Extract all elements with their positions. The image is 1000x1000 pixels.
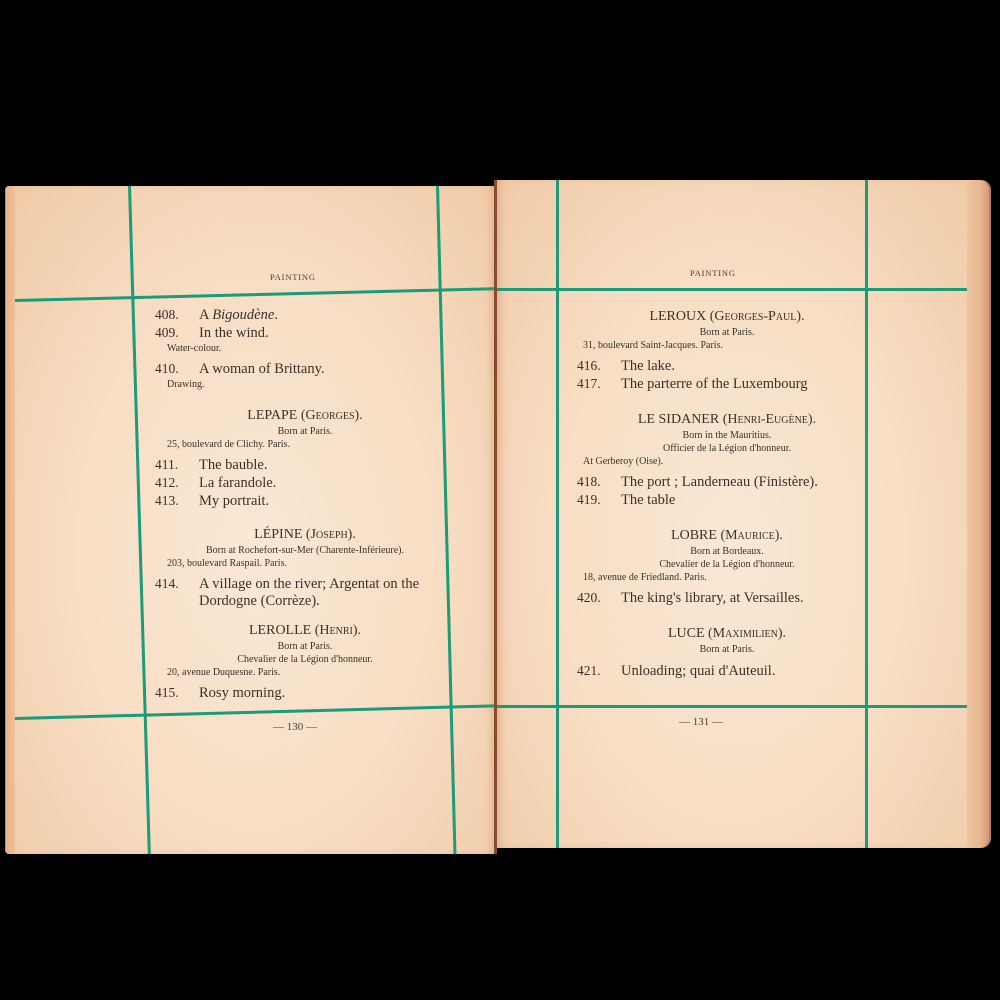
entry-title: Unloading; quai d'Auteuil.	[621, 663, 775, 680]
artist-birthplace: Born at Paris.	[155, 640, 455, 653]
entry-title: My portrait.	[199, 493, 269, 510]
catalogue-entry: 415. Rosy morning.	[155, 684, 455, 702]
entry-title: The table	[621, 492, 675, 509]
artist-address: At Gerberoy (Oise).	[583, 455, 877, 469]
catalogue-entry: 417. The parterre of the Luxembourg	[577, 375, 877, 393]
artist-heading: LUCE (Maximilien).	[577, 625, 877, 643]
artist-address: 25, boulevard de Clichy. Paris.	[167, 438, 455, 452]
artist-honour: Chevalier de la Légion d'honneur.	[577, 558, 877, 571]
entry-title: La farandole.	[199, 475, 276, 492]
artist-birthplace: Born in the Mauritius.	[577, 429, 877, 442]
page-number: — 130 —	[273, 721, 317, 733]
artist-birthplace: Born at Paris.	[155, 425, 455, 438]
catalogue-entry: 413. My portrait.	[155, 492, 455, 510]
entry-title: The port ; Landerneau (Finistère).	[621, 474, 818, 491]
artist-address: 20, avenue Duquesne. Paris.	[167, 666, 455, 680]
artist-heading: LÉPINE (Joseph).	[155, 526, 455, 544]
entry-number: 409.	[155, 324, 199, 341]
artist-honour: Officier de la Légion d'honneur.	[577, 442, 877, 455]
entry-title: A Bigoudène.	[199, 307, 278, 324]
page-131: PAINTING LEROUX (Georges-Paul). Born at …	[497, 180, 967, 848]
entry-number: 411.	[155, 456, 199, 473]
running-head: PAINTING	[690, 268, 736, 278]
entry-title: A woman of Brittany.	[199, 361, 325, 378]
entry-number: 410.	[155, 360, 199, 377]
artist-heading: LE SIDANER (Henri-Eugène).	[577, 411, 877, 429]
entry-title: A village on the river; Argentat on the …	[199, 576, 455, 610]
entry-number: 420.	[577, 589, 621, 606]
entry-title: In the wind.	[199, 325, 269, 342]
entry-number: 414.	[155, 575, 199, 592]
catalogue-entry: 418. The port ; Landerneau (Finistère).	[577, 473, 877, 491]
artist-birthplace: Born at Rochefort-sur-Mer (Charente-Infé…	[155, 544, 455, 557]
artist-birthplace: Born at Paris.	[577, 326, 877, 339]
page-130: PAINTING 408. A Bigoudène. 409. In the w…	[15, 186, 495, 854]
entry-title: The bauble.	[199, 457, 267, 474]
entry-number: 408.	[155, 306, 199, 323]
artist-heading: LEPAPE (Georges).	[155, 407, 455, 425]
entry-number: 415.	[155, 684, 199, 701]
grid-line-horizontal	[497, 288, 967, 291]
catalogue-entry: 408. A Bigoudène.	[155, 306, 455, 324]
entry-number: 412.	[155, 474, 199, 491]
grid-line-horizontal	[497, 705, 967, 708]
page-number: — 131 —	[679, 716, 723, 728]
page-content: LEROUX (Georges-Paul). Born at Paris. 31…	[577, 298, 877, 680]
artist-honour: Chevalier de la Légion d'honneur.	[155, 653, 455, 666]
entry-note: Water-colour.	[167, 342, 455, 355]
artist-address: 31, boulevard Saint-Jacques. Paris.	[583, 339, 877, 353]
grid-line-vertical	[556, 180, 559, 848]
catalogue-entry: 411. The bauble.	[155, 456, 455, 474]
catalogue-entry: 416. The lake.	[577, 357, 877, 375]
artist-address: 18, avenue de Friedland. Paris.	[583, 571, 877, 585]
catalogue-entry: 421. Unloading; quai d'Auteuil.	[577, 662, 877, 680]
entry-title: Rosy morning.	[199, 685, 285, 702]
catalogue-entry: 419. The table	[577, 491, 877, 509]
catalogue-entry: 410. A woman of Brittany.	[155, 360, 455, 378]
entry-title: The parterre of the Luxembourg	[621, 376, 808, 393]
entry-title: The king's library, at Versailles.	[621, 590, 804, 607]
running-head: PAINTING	[270, 272, 316, 282]
artist-birthplace: Born at Paris.	[577, 643, 877, 656]
grid-line-horizontal	[15, 704, 495, 720]
catalogue-entry: 420. The king's library, at Versailles.	[577, 589, 877, 607]
catalogue-entry: 409. In the wind.	[155, 324, 455, 342]
entry-number: 421.	[577, 662, 621, 679]
entry-note: Drawing.	[167, 378, 455, 391]
open-book: PAINTING 408. A Bigoudène. 409. In the w…	[0, 0, 1000, 1000]
artist-heading: LOBRE (Maurice).	[577, 527, 877, 545]
catalogue-entry: 412. La farandole.	[155, 474, 455, 492]
catalogue-entry: 414. A village on the river; Argentat on…	[155, 575, 455, 610]
artist-heading: LEROLLE (Henri).	[155, 622, 455, 640]
artist-birthplace: Born at Bordeaux.	[577, 545, 877, 558]
page-content: 408. A Bigoudène. 409. In the wind. Wate…	[155, 306, 455, 702]
entry-number: 416.	[577, 357, 621, 374]
entry-number: 413.	[155, 492, 199, 509]
entry-number: 418.	[577, 473, 621, 490]
entry-number: 419.	[577, 491, 621, 508]
artist-address: 203, boulevard Raspail. Paris.	[167, 557, 455, 571]
grid-line-horizontal	[15, 287, 495, 302]
entry-title: The lake.	[621, 358, 675, 375]
entry-number: 417.	[577, 375, 621, 392]
grid-line-vertical	[128, 186, 151, 854]
artist-heading: LEROUX (Georges-Paul).	[577, 308, 877, 326]
